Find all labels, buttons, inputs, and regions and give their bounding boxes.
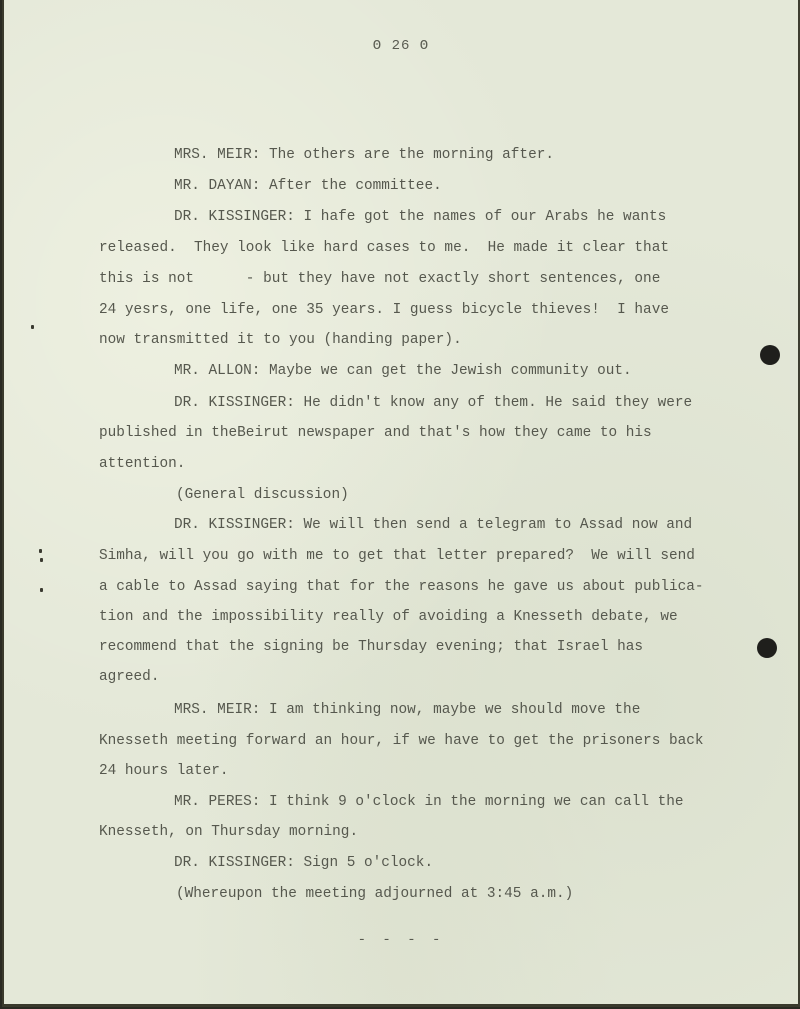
transcript-line: agreed. <box>99 668 159 686</box>
transcript-line: Knesseth, on Thursday morning. <box>99 823 358 841</box>
punch-hole-icon <box>760 345 780 365</box>
punch-hole-icon <box>757 638 777 658</box>
transcript-line: Knesseth meeting forward an hour, if we … <box>99 732 704 750</box>
transcript-line: a cable to Assad saying that for the rea… <box>99 578 704 596</box>
document-page: Θ 26 Θ MRS. MEIR: The others are the mor… <box>2 0 800 1007</box>
speck-mark-icon <box>40 558 43 562</box>
transcript-line: 24 yesrs, one life, one 35 years. I gues… <box>99 301 669 319</box>
transcript-line: MRS. MEIR: The others are the morning af… <box>174 146 554 164</box>
transcript-line: MR. PERES: I think 9 o'clock in the morn… <box>174 793 684 811</box>
transcript-line: MRS. MEIR: I am thinking now, maybe we s… <box>174 701 640 719</box>
page-number: Θ 26 Θ <box>4 38 798 54</box>
transcript-line: DR. KISSINGER: Sign 5 o'clock. <box>174 854 433 872</box>
transcript-line: MR. DAYAN: After the committee. <box>174 177 442 195</box>
transcript-line: (Whereupon the meeting adjourned at 3:45… <box>176 885 573 903</box>
transcript-line: DR. KISSINGER: He didn't know any of the… <box>174 394 692 412</box>
transcript-line: attention. <box>99 455 185 473</box>
transcript-line: DR. KISSINGER: We will then send a teleg… <box>174 516 692 534</box>
transcript-line: MR. ALLON: Maybe we can get the Jewish c… <box>174 362 632 380</box>
transcript-line: 24 hours later. <box>99 762 229 780</box>
speck-mark-icon <box>31 325 34 329</box>
end-of-document-mark: - - - - <box>4 932 798 948</box>
transcript-line: DR. KISSINGER: I hafe got the names of o… <box>174 208 666 226</box>
transcript-line: released. They look like hard cases to m… <box>99 239 669 257</box>
transcript-line: tion and the impossibility really of avo… <box>99 608 678 626</box>
transcript-line: this is not - but they have not exactly … <box>99 270 660 288</box>
transcript-line: now transmitted it to you (handing paper… <box>99 331 462 349</box>
transcript-line: (General discussion) <box>176 486 349 504</box>
transcript-line: published in theBeirut newspaper and tha… <box>99 424 652 442</box>
speck-mark-icon <box>40 588 43 592</box>
transcript-line: recommend that the signing be Thursday e… <box>99 638 643 656</box>
transcript-line: Simha, will you go with me to get that l… <box>99 547 695 565</box>
speck-mark-icon <box>39 549 42 553</box>
